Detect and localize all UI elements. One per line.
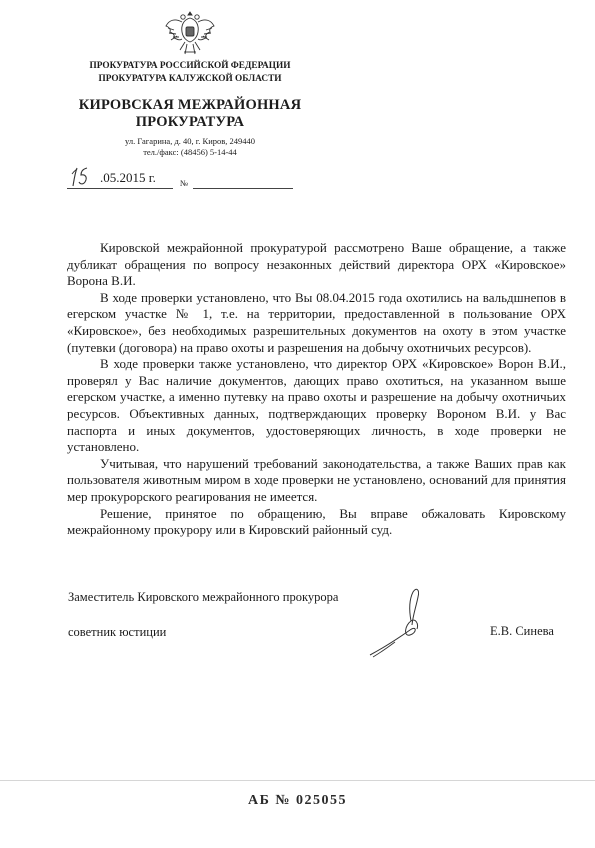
paragraph: В ходе проверки также установлено, что д…	[67, 356, 566, 456]
date-underline	[67, 188, 173, 189]
paragraph: Решение, принятое по обращению, Вы вправ…	[67, 506, 566, 539]
letter-date: .05.2015 г.	[100, 170, 156, 186]
org-name-line1: КИРОВСКАЯ МЕЖРАЙОННАЯ	[70, 97, 310, 114]
form-serial-number: АБ № 025055	[0, 793, 595, 809]
number-underline	[193, 188, 293, 189]
org-name-line2: ПРОКУРАТУРА	[70, 114, 310, 131]
header-prosecutor-kaluga: ПРОКУРАТУРА КАЛУЖСКОЙ ОБЛАСТИ	[70, 74, 310, 84]
number-label: №	[180, 178, 188, 188]
org-phone: тел./факс: (48456) 5-14-44	[0, 147, 380, 157]
scan-divider	[0, 780, 595, 781]
letter-body: Кировской межрайонной прокуратурой рассм…	[67, 240, 566, 539]
header-prosecutor-rf: ПРОКУРАТУРА РОССИЙСКОЙ ФЕДЕРАЦИИ	[70, 61, 310, 71]
signatory-rank: советник юстиции	[68, 625, 166, 640]
handwritten-signature-icon	[365, 585, 445, 660]
signatory-title: Заместитель Кировского межрайонного прок…	[68, 590, 338, 605]
signatory-name: Е.В. Синева	[490, 624, 554, 639]
paragraph: Учитывая, что нарушений требований закон…	[67, 456, 566, 506]
date-number-row: .05.2015 г. №	[65, 166, 295, 192]
paragraph: Кировской межрайонной прокуратурой рассм…	[67, 240, 566, 290]
paragraph: В ходе проверки установлено, что Вы 08.0…	[67, 290, 566, 356]
handwritten-day-icon	[69, 166, 91, 188]
coat-of-arms-icon	[163, 8, 217, 58]
org-address: ул. Гагарина, д. 40, г. Киров, 249440	[0, 136, 380, 146]
